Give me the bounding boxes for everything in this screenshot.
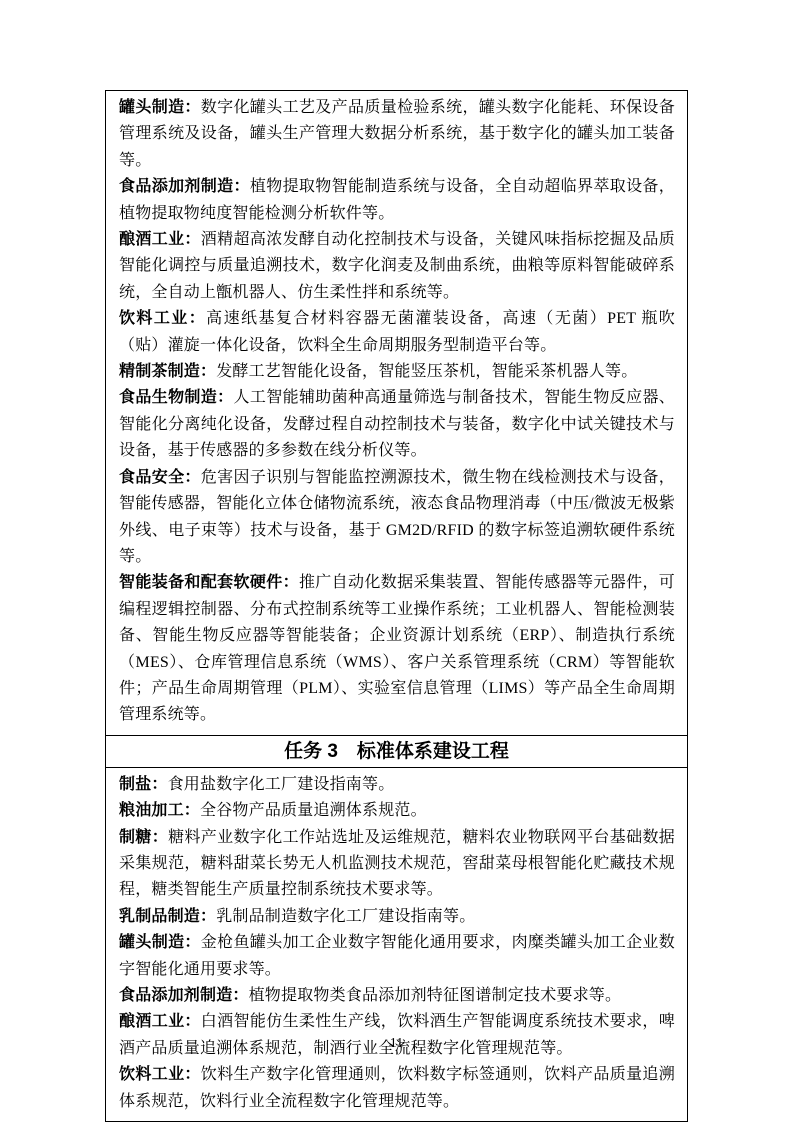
section-header-title: 任务 3 标准体系建设工程 xyxy=(284,741,509,762)
task-table: 罐头制造：数字化罐头工艺及产品质量检验系统，罐头数字化能耗、环保设备管理系统及设… xyxy=(105,90,688,1122)
section-header-task3: 任务 3 标准体系建设工程 xyxy=(106,735,687,768)
row-label: 饮料工业： xyxy=(119,1066,201,1083)
row-label: 粮油加工： xyxy=(119,802,200,819)
row-text: 植物提取物类食品添加剂特征图谱制定技术要求等。 xyxy=(249,987,622,1004)
row-text: 酒精超高浓发酵自动化控制技术与设备，关键风味指标挖掘及品质智能化调控与质量追溯技… xyxy=(119,231,675,301)
row-label: 制盐： xyxy=(119,776,168,793)
table-row: 食品添加剂制造：植物提取物智能制造系统与设备，全自动超临界萃取设备，植物提取物纯… xyxy=(119,174,675,227)
table-row: 饮料工业：饮料生产数字化管理通则，饮料数字标签通则，饮料产品质量追溯体系规范，饮… xyxy=(119,1062,675,1115)
row-text: 全谷物产品质量追溯体系规范。 xyxy=(200,802,427,819)
row-text: 推广自动化数据采集装置、智能传感器等元器件，可编程逻辑控制器、分布式控制系统等工… xyxy=(119,574,675,723)
row-text: 乳制品制造数字化工厂建设指南等。 xyxy=(216,908,475,925)
table-row: 制盐：食用盐数字化工厂建设指南等。 xyxy=(119,772,675,798)
row-text: 糖料产业数字化工作站选址及运维规范，糖料农业物联网平台基础数据采集规范，糖料甜菜… xyxy=(119,829,675,899)
table-row: 食品安全：危害因子识别与智能监控溯源技术，微生物在线检测技术与设备，智能传感器，… xyxy=(119,465,675,571)
row-label: 智能装备和配套软硬件： xyxy=(119,574,299,591)
row-label: 精制茶制造： xyxy=(119,363,216,380)
task3-section-body: 制盐：食用盐数字化工厂建设指南等。 粮油加工：全谷物产品质量追溯体系规范。 制糖… xyxy=(106,768,687,1121)
row-label: 饮料工业： xyxy=(119,310,206,327)
row-text: 食用盐数字化工厂建设指南等。 xyxy=(168,776,395,793)
table-row: 食品生物制造：人工智能辅助菌种高通量筛选与制备技术，智能生物反应器、智能化分离纯… xyxy=(119,385,675,464)
row-text: 危害因子识别与智能监控溯源技术，微生物在线检测技术与设备，智能传感器，智能化立体… xyxy=(119,469,675,565)
table-row: 精制茶制造：发酵工艺智能化设备，智能竖压茶机，智能采茶机器人等。 xyxy=(119,359,675,385)
table-row: 罐头制造：金枪鱼罐头加工企业数字智能化通用要求，肉糜类罐头加工企业数字智能化通用… xyxy=(119,930,675,983)
document-page: 罐头制造：数字化罐头工艺及产品质量检验系统，罐头数字化能耗、环保设备管理系统及设… xyxy=(0,0,793,1123)
row-text: 数字化罐头工艺及产品质量检验系统，罐头数字化能耗、环保设备管理系统及设备，罐头生… xyxy=(119,99,675,169)
table-row: 制糖：糖料产业数字化工作站选址及运维规范，糖料农业物联网平台基础数据采集规范，糖… xyxy=(119,825,675,904)
row-label: 食品添加剂制造： xyxy=(119,987,249,1004)
table-row: 酿酒工业：酒精超高浓发酵自动化控制技术与设备，关键风味指标挖掘及品质智能化调控与… xyxy=(119,227,675,306)
row-text: 金枪鱼罐头加工企业数字智能化通用要求，肉糜类罐头加工企业数字智能化通用要求等。 xyxy=(119,934,675,977)
table-row: 食品添加剂制造：植物提取物类食品添加剂特征图谱制定技术要求等。 xyxy=(119,983,675,1009)
row-label: 乳制品制造： xyxy=(119,908,216,925)
row-label: 罐头制造： xyxy=(119,934,201,951)
task2-section-body: 罐头制造：数字化罐头工艺及产品质量检验系统，罐头数字化能耗、环保设备管理系统及设… xyxy=(106,91,687,735)
row-label: 食品添加剂制造： xyxy=(119,178,250,195)
row-label: 酿酒工业： xyxy=(119,1013,201,1030)
row-label: 食品生物制造： xyxy=(119,389,234,406)
row-label: 酿酒工业： xyxy=(119,231,201,248)
row-text: 发酵工艺智能化设备，智能竖压茶机，智能采茶机器人等。 xyxy=(216,363,637,380)
row-text: 饮料生产数字化管理通则，饮料数字标签通则，饮料产品质量追溯体系规范，饮料行业全流… xyxy=(119,1066,675,1109)
table-row: 智能装备和配套软硬件：推广自动化数据采集装置、智能传感器等元器件，可编程逻辑控制… xyxy=(119,570,675,728)
row-label: 制糖： xyxy=(119,829,168,846)
row-label: 食品安全： xyxy=(119,469,201,486)
page-number: 11 xyxy=(0,1036,793,1052)
table-row: 乳制品制造：乳制品制造数字化工厂建设指南等。 xyxy=(119,904,675,930)
table-row: 饮料工业：高速纸基复合材料容器无菌灌装设备，高速（无菌）PET 瓶吹（贴）灌旋一… xyxy=(119,306,675,359)
row-label: 罐头制造： xyxy=(119,99,201,116)
table-row: 罐头制造：数字化罐头工艺及产品质量检验系统，罐头数字化能耗、环保设备管理系统及设… xyxy=(119,95,675,174)
table-row: 粮油加工：全谷物产品质量追溯体系规范。 xyxy=(119,798,675,824)
